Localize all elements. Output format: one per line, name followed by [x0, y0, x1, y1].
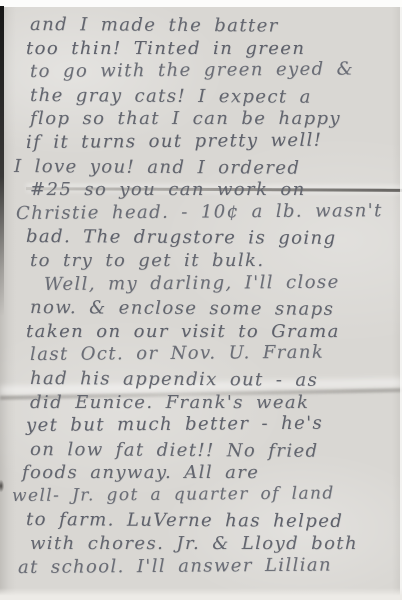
handwritten-line: now. & enclose some snaps [30, 296, 396, 322]
handwritten-line: to farm. LuVerne has helped [26, 508, 396, 534]
handwritten-line: at school. I'll answer Lillian [18, 553, 396, 580]
handwritten-line: last Oct. or Nov. U. Frank [30, 340, 396, 366]
handwritten-line: Well, my darling, I'll close [44, 270, 396, 296]
handwritten-line: flop so that I can be happy [30, 107, 396, 131]
handwritten-line: on low fat diet!! No fried [30, 438, 396, 464]
handwritten-line: had his appendix out - as [30, 367, 396, 393]
paper-edge-nick [0, 478, 6, 494]
handwritten-line: and I made the batter [30, 13, 396, 39]
letter-body: and I made the battertoo thin! Tinted in… [30, 13, 396, 579]
handwritten-line: I love you! and I ordered [14, 155, 396, 181]
handwritten-line: to go with the green eyed & [30, 57, 396, 83]
handwritten-line: well- Jr. got a quarter of land [12, 482, 396, 509]
handwritten-line: yet but much better - he's [26, 411, 396, 437]
paper-edge-left [0, 6, 4, 316]
paper-edge-top [0, 0, 402, 7]
handwritten-line: foods anyway. All are [22, 461, 396, 485]
scanned-letter-viewport: and I made the battertoo thin! Tinted in… [0, 0, 402, 600]
handwritten-line: to try to get it bulk. [30, 249, 396, 273]
letter-paper: and I made the battertoo thin! Tinted in… [0, 0, 402, 600]
handwritten-line: if it turns out pretty well! [26, 128, 396, 154]
handwritten-line: #25 so you can work on [30, 178, 396, 202]
handwritten-line: the gray cats! I expect a [30, 84, 396, 110]
handwritten-line: bad. The drugstore is going [26, 225, 396, 251]
handwritten-line: with chores. Jr. & Lloyd both [30, 532, 396, 556]
handwritten-line: Christie head. - 10¢ a lb. wasn't [16, 199, 396, 226]
paper-edge-bottom [0, 588, 402, 600]
